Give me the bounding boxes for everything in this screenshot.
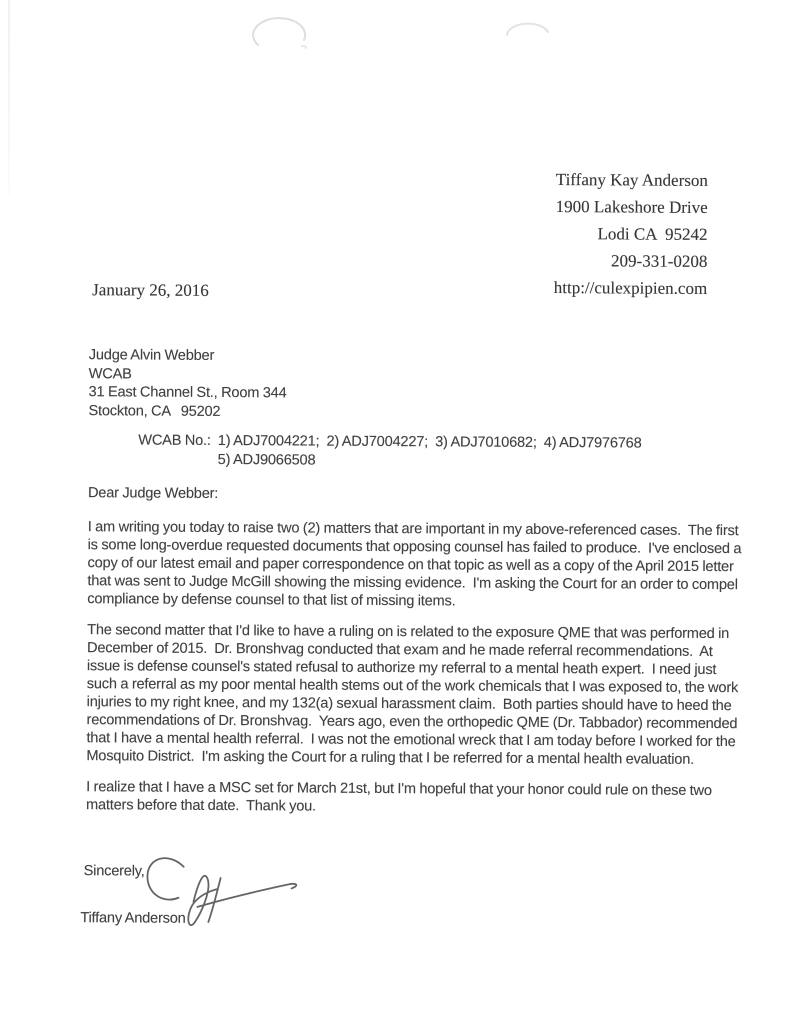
recipient-city-state-zip: Stockton, CA 95202 <box>88 402 286 422</box>
letterhead-city-state-zip: Lodi CA 95242 <box>554 220 708 248</box>
letterhead-website: http://culexpipien.com <box>554 274 708 302</box>
recipient-name: Judge Alvin Webber <box>89 346 287 366</box>
case-reference: WCAB No.: 1) ADJ7004221; 2) ADJ7004227; … <box>138 431 641 471</box>
letterhead-phone: 209-331-0208 <box>554 247 708 275</box>
valediction: Sincerely, <box>84 862 145 881</box>
body-paragraph-3: I realize that I have a MSC set for Marc… <box>86 778 742 818</box>
salutation: Dear Judge Webber: <box>88 484 218 503</box>
letter-date: January 26, 2016 <box>92 280 209 301</box>
signed-name: Tiffany Anderson <box>80 909 185 928</box>
letterhead-name: Tiffany Kay Anderson <box>554 166 708 194</box>
recipient-address: Judge Alvin Webber WCAB 31 East Channel … <box>88 346 286 421</box>
recipient-org: WCAB <box>89 365 287 385</box>
body-paragraph-1: I am writing you today to raise two (2) … <box>87 518 744 612</box>
letterhead-street: 1900 Lakeshore Drive <box>554 193 708 221</box>
case-numbers: 1) ADJ7004221; 2) ADJ7004227; 3) ADJ7010… <box>218 432 642 472</box>
case-numbers-line1: 1) ADJ7004221; 2) ADJ7004227; 3) ADJ7010… <box>218 432 642 453</box>
letterhead: Tiffany Kay Anderson 1900 Lakeshore Driv… <box>554 166 708 302</box>
letter-content: Tiffany Kay Anderson 1900 Lakeshore Driv… <box>0 0 800 1024</box>
recipient-street: 31 East Channel St., Room 344 <box>89 383 287 403</box>
body-paragraph-2: The second matter that I'd like to have … <box>86 621 743 769</box>
case-numbers-line2: 5) ADJ9066508 <box>218 450 642 471</box>
case-reference-label: WCAB No.: <box>138 431 211 450</box>
scanned-letter-page: Tiffany Kay Anderson 1900 Lakeshore Driv… <box>0 0 800 1024</box>
letter-body: I am writing you today to raise two (2) … <box>86 518 744 831</box>
